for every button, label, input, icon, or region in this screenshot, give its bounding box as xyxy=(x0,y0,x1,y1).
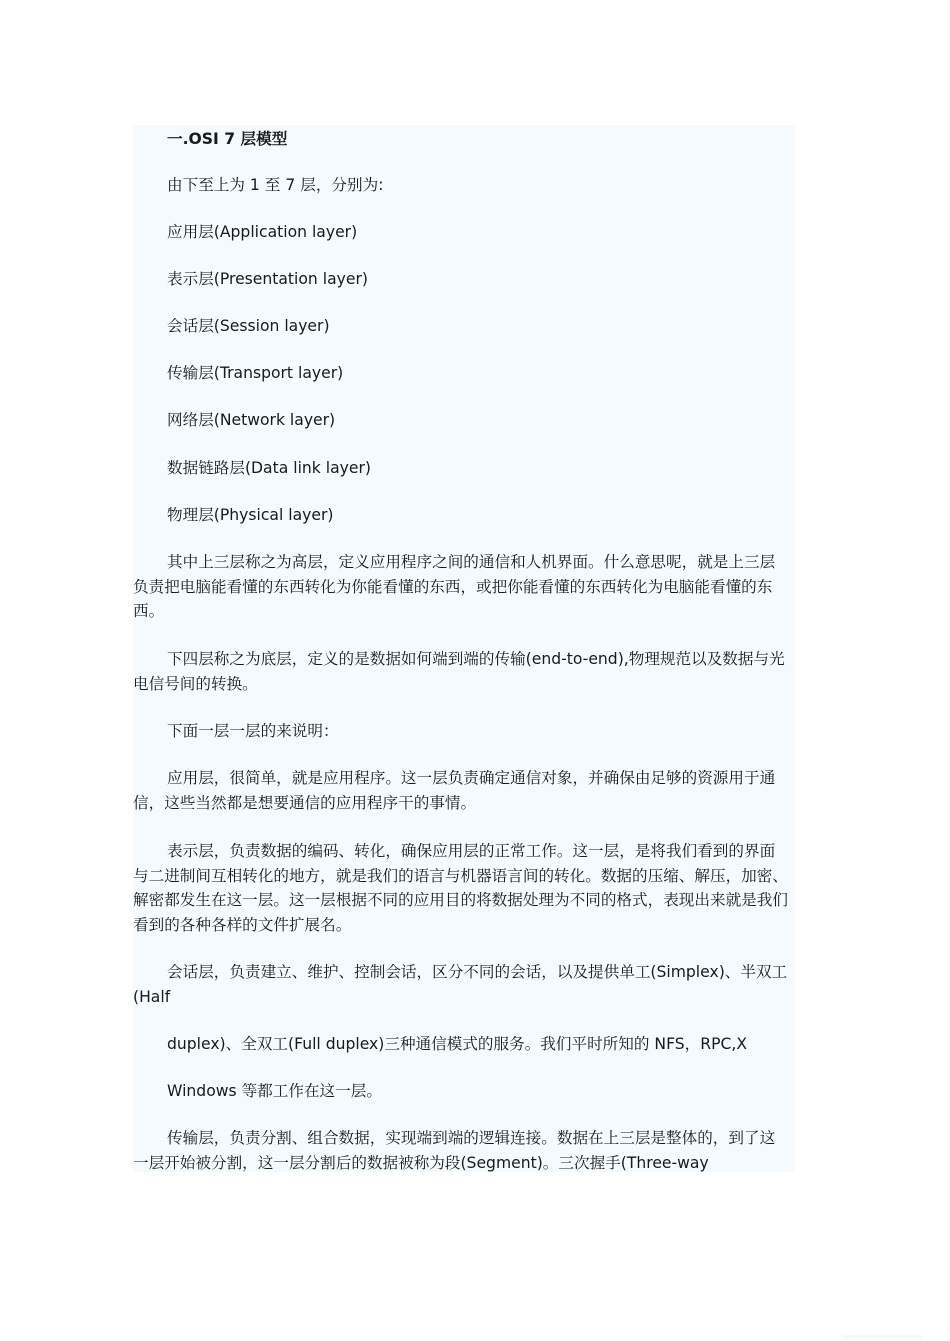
paragraph-session-layer: 会话层，负责建立、维护、控制会话，区分不同的会话，以及提供单工(Simplex)… xyxy=(133,960,789,1009)
paragraph-upper-layers: 其中上三层称之为高层，定义应用程序之间的通信和人机界面。什么意思呢，就是上三层负… xyxy=(133,550,789,624)
layer-item-network: 网络层(Network layer) xyxy=(133,408,789,433)
layer-item-session: 会话层(Session layer) xyxy=(133,314,789,339)
layer-item-application: 应用层(Application layer) xyxy=(133,220,789,245)
layer-item-data-link: 数据链路层(Data link layer) xyxy=(133,456,789,481)
watermark-mark xyxy=(843,1335,923,1339)
layer-item-physical: 物理层(Physical layer) xyxy=(133,503,789,528)
paragraph-session-layer-cont: duplex)、全双工(Full duplex)三种通信模式的服务。我们平时所知… xyxy=(133,1032,789,1057)
document-content-block: 一.OSI 7 层模型 由下至上为 1 至 7 层，分别为: 应用层(Appli… xyxy=(133,125,795,1172)
layer-item-transport: 传输层(Transport layer) xyxy=(133,361,789,386)
paragraph-intro: 由下至上为 1 至 7 层，分别为: xyxy=(133,173,789,198)
section-heading: 一.OSI 7 层模型 xyxy=(133,127,789,152)
paragraph-lower-layers: 下四层称之为底层，定义的是数据如何端到端的传输(end-to-end),物理规范… xyxy=(133,647,789,696)
paragraph-presentation-layer: 表示层，负责数据的编码、转化，确保应用层的正常工作。这一层，是将我们看到的界面与… xyxy=(133,839,789,937)
paragraph-application-layer: 应用层，很简单，就是应用程序。这一层负责确定通信对象，并确保由足够的资源用于通信… xyxy=(133,766,789,815)
paragraph-explain-intro: 下面一层一层的来说明： xyxy=(133,719,789,744)
layer-item-presentation: 表示层(Presentation layer) xyxy=(133,267,789,292)
paragraph-session-layer-end: Windows 等都工作在这一层。 xyxy=(133,1079,789,1104)
paragraph-transport-layer: 传输层，负责分割、组合数据，实现端到端的逻辑连接。数据在上三层是整体的，到了这一… xyxy=(133,1126,789,1172)
